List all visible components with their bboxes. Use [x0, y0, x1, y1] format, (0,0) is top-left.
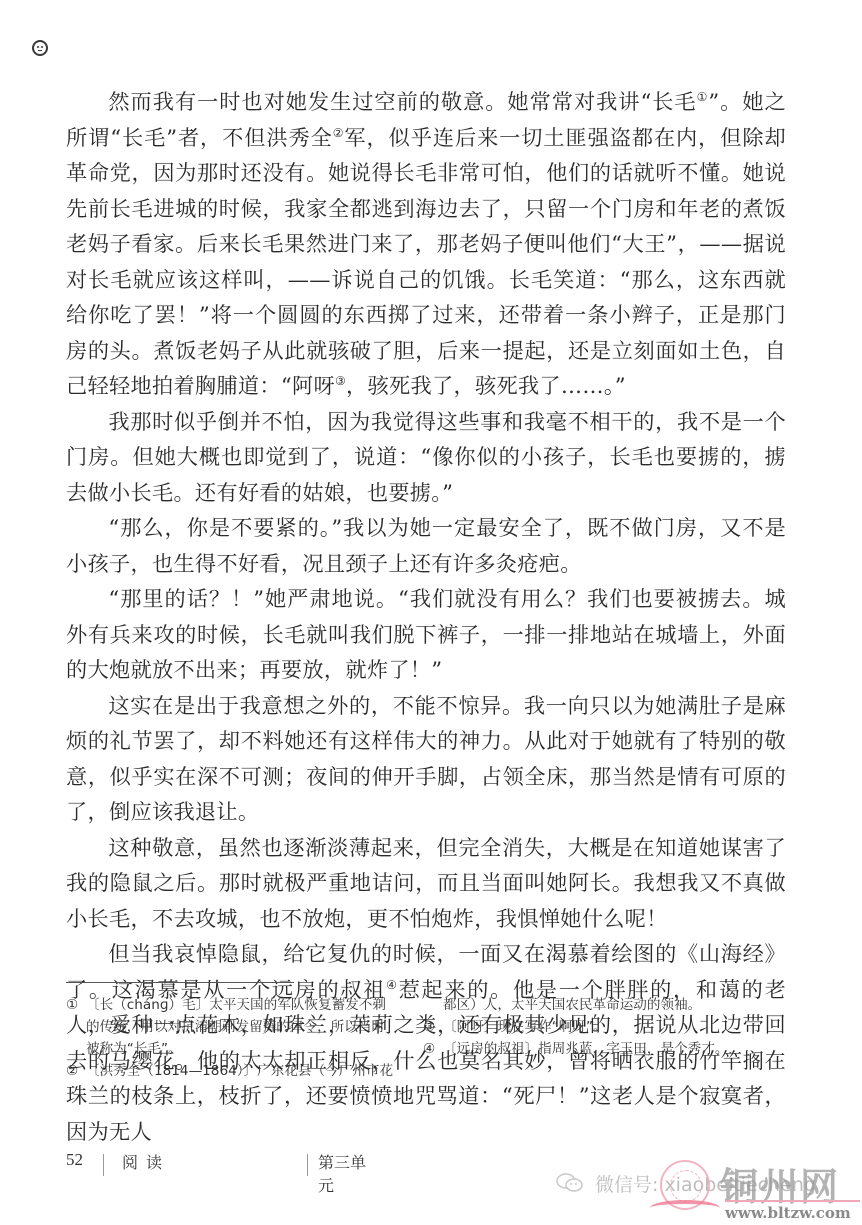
footnote-1: ①〔长（chánɡ）毛〕太平天国的军队恢复蓄发不剃的传统，用以对抗清朝剃发留辫的…: [66, 994, 396, 1060]
footnotes-left-column: ①〔长（chánɡ）毛〕太平天国的军队恢复蓄发不剃的传统，用以对抗清朝剃发留辫的…: [66, 994, 396, 1082]
footnote-number: ③: [423, 1016, 443, 1038]
paragraph-3: “那么，你是不要紧的。”我以为她一定最安全了，既不做门房，又不是小孩子，也生得不…: [66, 510, 786, 581]
page-footer: 52 阅读 第三单元: [66, 1150, 366, 1180]
brand-name: 铜州网: [720, 1156, 840, 1211]
footnotes-right-column: 都区）人，太平天国农民革命运动的领袖。 ③〔阿呀〕现在写作“啊呀”。 ④〔远房的…: [423, 994, 763, 1060]
footnote-4: ④〔远房的叔祖〕指周兆蓝，字玉田，是个秀才。: [423, 1038, 763, 1060]
paragraph-5: 这实在是出于我意想之外的，不能不惊异。我一向只以为她满肚子是麻烦的礼节罢了，却不…: [66, 688, 786, 830]
footnote-ref-3[interactable]: ③: [335, 374, 346, 388]
text-segment: ，骇死我了，骇死我了……。”: [346, 373, 626, 398]
unit-label: 第三单元: [318, 1150, 366, 1196]
brand-underline: [725, 1200, 860, 1202]
footnote-2: ②〔洪秀全（1814—1864）〕广东花县（今广州市花: [66, 1060, 396, 1082]
paragraph-4: “那里的话？！”她严肃地说。“我们就没有用么？我们也要被掳去。城外有兵来攻的时候…: [66, 581, 786, 688]
brand-url: www.bltzw.com: [725, 1204, 851, 1222]
article-body: 然而我有一时也对她发生过空前的敬意。她常常对我讲“长毛①”。她之所谓“长毛”者，…: [66, 84, 786, 1149]
footnote-3: ③〔阿呀〕现在写作“啊呀”。: [423, 1016, 763, 1038]
paragraph-6: 这种敬意，虽然也逐渐淡薄起来，但完全消失，大概是在知道她谋害了我的隐鼠之后。那时…: [66, 830, 786, 937]
wechat-icon: [555, 1172, 585, 1194]
footnote-ref-2[interactable]: ②: [333, 125, 345, 139]
footnote-2-continued: 都区）人，太平天国农民革命运动的领袖。: [423, 994, 763, 1016]
footnote-text: 〔长（chánɡ）毛〕太平天国的军队恢复蓄发不剃的传统，用以对抗清朝剃发留辫的律…: [86, 997, 386, 1057]
footnote-ref-1[interactable]: ①: [697, 90, 709, 104]
footnote-text: 〔远房的叔祖〕指周兆蓝，字玉田，是个秀才。: [443, 1041, 728, 1057]
footnote-number: ①: [66, 994, 86, 1016]
footnote-text: 〔洪秀全（1814—1864）〕广东花县（今广州市花: [86, 1063, 393, 1079]
footer-divider: [307, 1154, 308, 1176]
smiley-face-icon: [32, 40, 48, 56]
ribbon-icon: [650, 1200, 720, 1216]
section-label: 阅读: [122, 1150, 170, 1173]
page-number: 52: [66, 1150, 83, 1170]
footnote-divider: [66, 982, 294, 983]
footnote-text: 〔阿呀〕现在写作“啊呀”。: [443, 1019, 607, 1035]
footnote-number: ④: [423, 1038, 443, 1060]
watermark: 微信号: xiaobeitiecheng 铜州网 www.bltzw.com: [555, 1158, 855, 1218]
footnote-ref-4[interactable]: ④: [386, 977, 398, 991]
paragraph-1: 然而我有一时也对她发生过空前的敬意。她常常对我讲“长毛①”。她之所谓“长毛”者，…: [66, 84, 786, 404]
text-segment: 然而我有一时也对她发生过空前的敬意。她常常对我讲“长毛: [108, 89, 696, 114]
footnote-number: ②: [66, 1060, 86, 1082]
text-segment: 军，似乎连后来一切土匪强盗都在内，但除却革命党，因为那时还没有。她说得长毛非常可…: [66, 125, 786, 399]
paragraph-2: 我那时似乎倒并不怕，因为我觉得这些事和我毫不相干的，我不是一个门房。但她大概也即…: [66, 404, 786, 511]
footer-divider: [103, 1154, 104, 1176]
